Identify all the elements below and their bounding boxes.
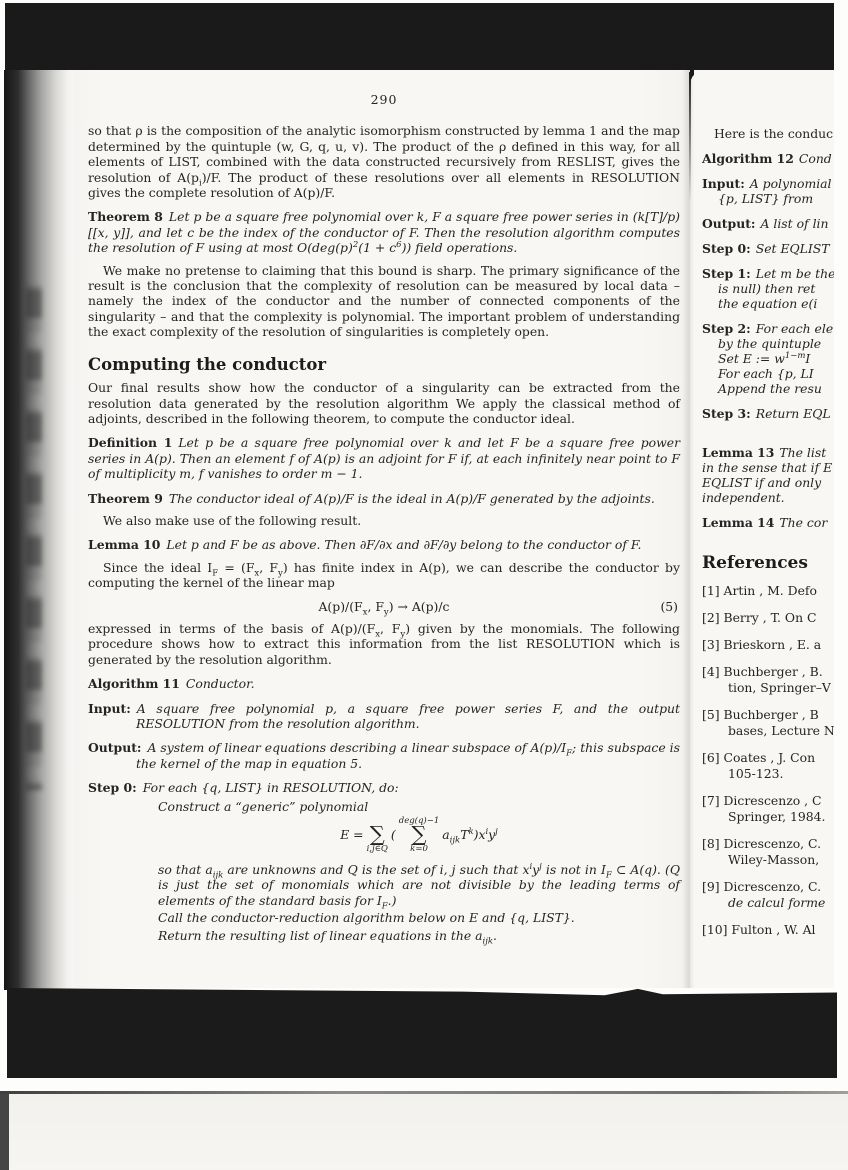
right-line-text: The list (779, 445, 826, 460)
lemma-10-body: Let p and F be as above. Then ∂F/∂x and … (166, 537, 641, 552)
right-line-text: Wiley-Masson, (728, 852, 819, 867)
right-page-line: Step 1:Let m be the (702, 266, 834, 281)
input-body: A square free polynomial p, a square fre… (136, 701, 680, 731)
theorem-9-body: The conductor ideal of A(p)/F is the ide… (169, 491, 655, 506)
right-page-line: For each {p, LI (702, 366, 834, 381)
right-line-text: Springer, 1984. (728, 809, 825, 824)
right-line-text: Let m be the (756, 266, 834, 281)
right-line-label: Output: (702, 216, 756, 231)
definition-1-label: Definition 1 (88, 435, 172, 450)
right-line-text: The cor (779, 515, 827, 530)
right-page-line: tion, Springer–V (702, 680, 834, 695)
spine-stamp-smudges (26, 270, 42, 790)
right-page-line: Step 0:Set EQLIST (702, 241, 834, 256)
formula-open-paren: ( (391, 827, 396, 842)
right-line-label: Lemma 14 (702, 515, 774, 530)
right-page-line: {p, LIST} from (702, 191, 834, 206)
right-page-line: Input:A polynomial (702, 176, 834, 191)
right-page-line: de calcul forme (702, 895, 834, 910)
step-0-details: Construct a “generic” polynomial E = ∑ i… (158, 799, 680, 943)
right-line-text: [6] Coates , J. Con (702, 750, 815, 765)
step-0-body: For each {q, LIST} in RESOLUTION, do: (143, 780, 399, 795)
right-line-text: by the quintuple (718, 336, 821, 351)
paragraph-since-ideal: Since the ideal IF = (Fx, Fy) has finite… (88, 560, 680, 591)
sum-over-ij-operator: ∑ i,j∈Q (367, 816, 388, 854)
sigma-icon: ∑ (412, 826, 427, 844)
output-label: Output: (88, 740, 142, 755)
right-line-label: Step 2: (702, 321, 751, 336)
right-page-line: bases, Lecture N (702, 723, 834, 738)
equation-5: A(p)/(Fx, Fy) → A(p)/c (5) (88, 599, 680, 614)
algorithm-11-output: Output:A system of linear equations desc… (88, 740, 680, 771)
algorithm-11-body: Conductor. (186, 676, 255, 691)
equation-5-number: (5) (660, 599, 678, 614)
right-line-text: Return EQL (756, 406, 831, 421)
right-line-text: in the sense that if E (702, 460, 832, 475)
right-page-line: [7] Dicrescenzo , C (702, 793, 834, 808)
right-line-text: Here is the conduc (714, 126, 833, 141)
right-page-line: Append the resu (702, 381, 834, 396)
right-line-text: {p, LIST} from (718, 191, 813, 206)
call-conductor-reduction-line: Call the conductor-reduction algorithm b… (158, 910, 680, 925)
algorithm-11: Algorithm 11Conductor. (88, 676, 680, 691)
right-line-label: Step 0: (702, 241, 751, 256)
theorem-9-label: Theorem 9 (88, 491, 163, 506)
right-page-line: 105-123. (702, 766, 834, 781)
paragraph-bound-sharp: We make no pretense to claiming that thi… (88, 263, 680, 340)
right-line-text: independent. (702, 490, 785, 505)
paragraph-also-make-use: We also make use of the following result… (88, 513, 680, 528)
generic-polynomial-formula: E = ∑ i,j∈Q ( deg(q)−1 ∑ k=0 aijkTk)xiyj (158, 816, 680, 854)
right-page: Here is the conduc Algorithm 12Cond Inpu… (694, 70, 834, 988)
right-line-label: Input: (702, 176, 745, 191)
lemma-10-label: Lemma 10 (88, 537, 160, 552)
right-line-text: [2] Berry , T. On C (702, 610, 816, 625)
right-line-text: For each ele (756, 321, 833, 336)
right-line-text: EQLIST if and only (702, 475, 821, 490)
paragraph-expressed-in-terms: expressed in terms of the basis of A(p)/… (88, 621, 680, 667)
right-line-text: the equation e(i (718, 296, 817, 311)
right-line-text: [8] Dicrescenzo, C. (702, 836, 821, 851)
right-page-line: [2] Berry , T. On C (702, 610, 834, 625)
right-line-text: [1] Artin , M. Defo (702, 583, 817, 598)
right-page-line: [8] Dicrescenzo, C. (702, 836, 834, 851)
right-line-text: bases, Lecture N (728, 723, 834, 738)
right-page-line: Lemma 14The cor (702, 515, 834, 530)
right-page-line: by the quintuple (702, 336, 834, 351)
sum2-lower-limit: k=0 (410, 844, 428, 854)
sigma-icon: ∑ (370, 826, 385, 844)
right-page-line: References (702, 556, 834, 571)
right-page-line: [4] Buchberger , B. (702, 664, 834, 679)
right-page-line: Algorithm 12Cond (702, 151, 834, 166)
right-line-text: [3] Brieskorn , E. a (702, 637, 821, 652)
right-line-label: Lemma 13 (702, 445, 774, 460)
right-line-text: [9] Dicrescenzo, C. (702, 879, 821, 894)
right-line-text: [7] Dicrescenzo , C (702, 793, 821, 808)
right-line-text: Set E := w1−mI (718, 351, 810, 366)
right-line-text: tion, Springer–V (728, 680, 831, 695)
definition-1-body: Let p be a square free polynomial over k… (88, 435, 680, 481)
right-page-line: [3] Brieskorn , E. a (702, 637, 834, 652)
right-line-text: A polynomial (750, 176, 832, 191)
theorem-8-label: Theorem 8 (88, 209, 163, 224)
return-linear-equations-line: Return the resulting list of linear equa… (158, 928, 680, 943)
formula-lhs: E = (340, 827, 363, 842)
scanner-bottom-black-band (7, 988, 837, 1078)
lemma-10: Lemma 10Let p and F be as above. Then ∂F… (88, 537, 680, 552)
algorithm-11-input: Input:A square free polynomial p, a squa… (88, 701, 680, 732)
formula-rhs: aijkTk)xiyj (442, 827, 498, 842)
output-body: A system of linear equations describing … (136, 740, 680, 770)
right-page-line: Springer, 1984. (702, 809, 834, 824)
page-fold-line (689, 72, 691, 202)
equation-5-body: A(p)/(Fx, Fy) → A(p)/c (318, 599, 449, 614)
right-page-line: Step 3:Return EQL (702, 406, 834, 421)
so-that-paragraph: so that aijk are unknowns and Q is the s… (158, 862, 680, 908)
right-line-text: For each {p, LI (718, 366, 814, 381)
right-page-line: is null) then ret (702, 281, 834, 296)
theorem-8-body: Let p be a square free polynomial over k… (88, 209, 680, 255)
right-line-text: [5] Buchberger , B (702, 707, 819, 722)
right-line-text: de calcul forme (728, 895, 825, 910)
sum1-lower-limit: i,j∈Q (367, 844, 388, 854)
right-page-line: independent. (702, 490, 834, 505)
scanner-bed-left-edge (0, 1094, 9, 1170)
right-page-line: Lemma 13The list (702, 445, 834, 460)
right-page-line: [9] Dicrescenzo, C. (702, 879, 834, 894)
right-line-text: Cond (799, 151, 832, 166)
right-line-text: Append the resu (718, 381, 822, 396)
algorithm-11-label: Algorithm 11 (88, 676, 180, 691)
right-page-line: Here is the conduc (702, 126, 834, 141)
right-line-text: is null) then ret (718, 281, 815, 296)
right-line-text: A list of lin (761, 216, 829, 231)
right-line-text: References (702, 553, 808, 573)
right-page-line: [5] Buchberger , B (702, 707, 834, 722)
sum-over-k-operator: deg(q)−1 ∑ k=0 (399, 816, 440, 854)
right-line-label: Step 3: (702, 406, 751, 421)
right-page-line: Output:A list of lin (702, 216, 834, 231)
right-page-line: Set E := w1−mI (702, 351, 834, 366)
definition-1: Definition 1Let p be a square free polyn… (88, 435, 680, 481)
algorithm-11-step-0: Step 0:For each {q, LIST} in RESOLUTION,… (88, 780, 680, 795)
right-page-line: the equation e(i (702, 296, 834, 311)
page-number: 290 (88, 92, 680, 107)
theorem-9: Theorem 9The conductor ideal of A(p)/F i… (88, 491, 680, 506)
paragraph-resolution-product: so that ρ is the composition of the anal… (88, 123, 680, 200)
book-scan: 290 so that ρ is the composition of the … (0, 0, 848, 1170)
right-page-line: Wiley-Masson, (702, 852, 834, 867)
right-line-label: Algorithm 12 (702, 151, 794, 166)
right-page-line: [1] Artin , M. Defo (702, 583, 834, 598)
right-line-text: 105-123. (728, 766, 783, 781)
right-page-line: Step 2:For each ele (702, 321, 834, 336)
theorem-8: Theorem 8Let p be a square free polynomi… (88, 209, 680, 255)
construct-generic-polynomial-line: Construct a “generic” polynomial (158, 799, 680, 814)
right-line-text: [4] Buchberger , B. (702, 664, 823, 679)
right-page-line: EQLIST if and only (702, 475, 834, 490)
left-page-content: 290 so that ρ is the composition of the … (74, 70, 690, 943)
right-line-text: Set EQLIST (756, 241, 830, 256)
right-line-text: [10] Fulton , W. Al (702, 922, 816, 937)
scanner-bed-area (0, 1094, 848, 1170)
right-page-line: [6] Coates , J. Con (702, 750, 834, 765)
right-page-line: in the sense that if E (702, 460, 834, 475)
left-page: 290 so that ρ is the composition of the … (74, 70, 690, 988)
right-line-label: Step 1: (702, 266, 751, 281)
input-label: Input: (88, 701, 131, 716)
paragraph-final-results: Our final results show how the conductor… (88, 380, 680, 426)
section-heading-computing-the-conductor: Computing the conductor (88, 357, 680, 372)
step-0-label: Step 0: (88, 780, 137, 795)
right-page-line: [10] Fulton , W. Al (702, 922, 834, 937)
